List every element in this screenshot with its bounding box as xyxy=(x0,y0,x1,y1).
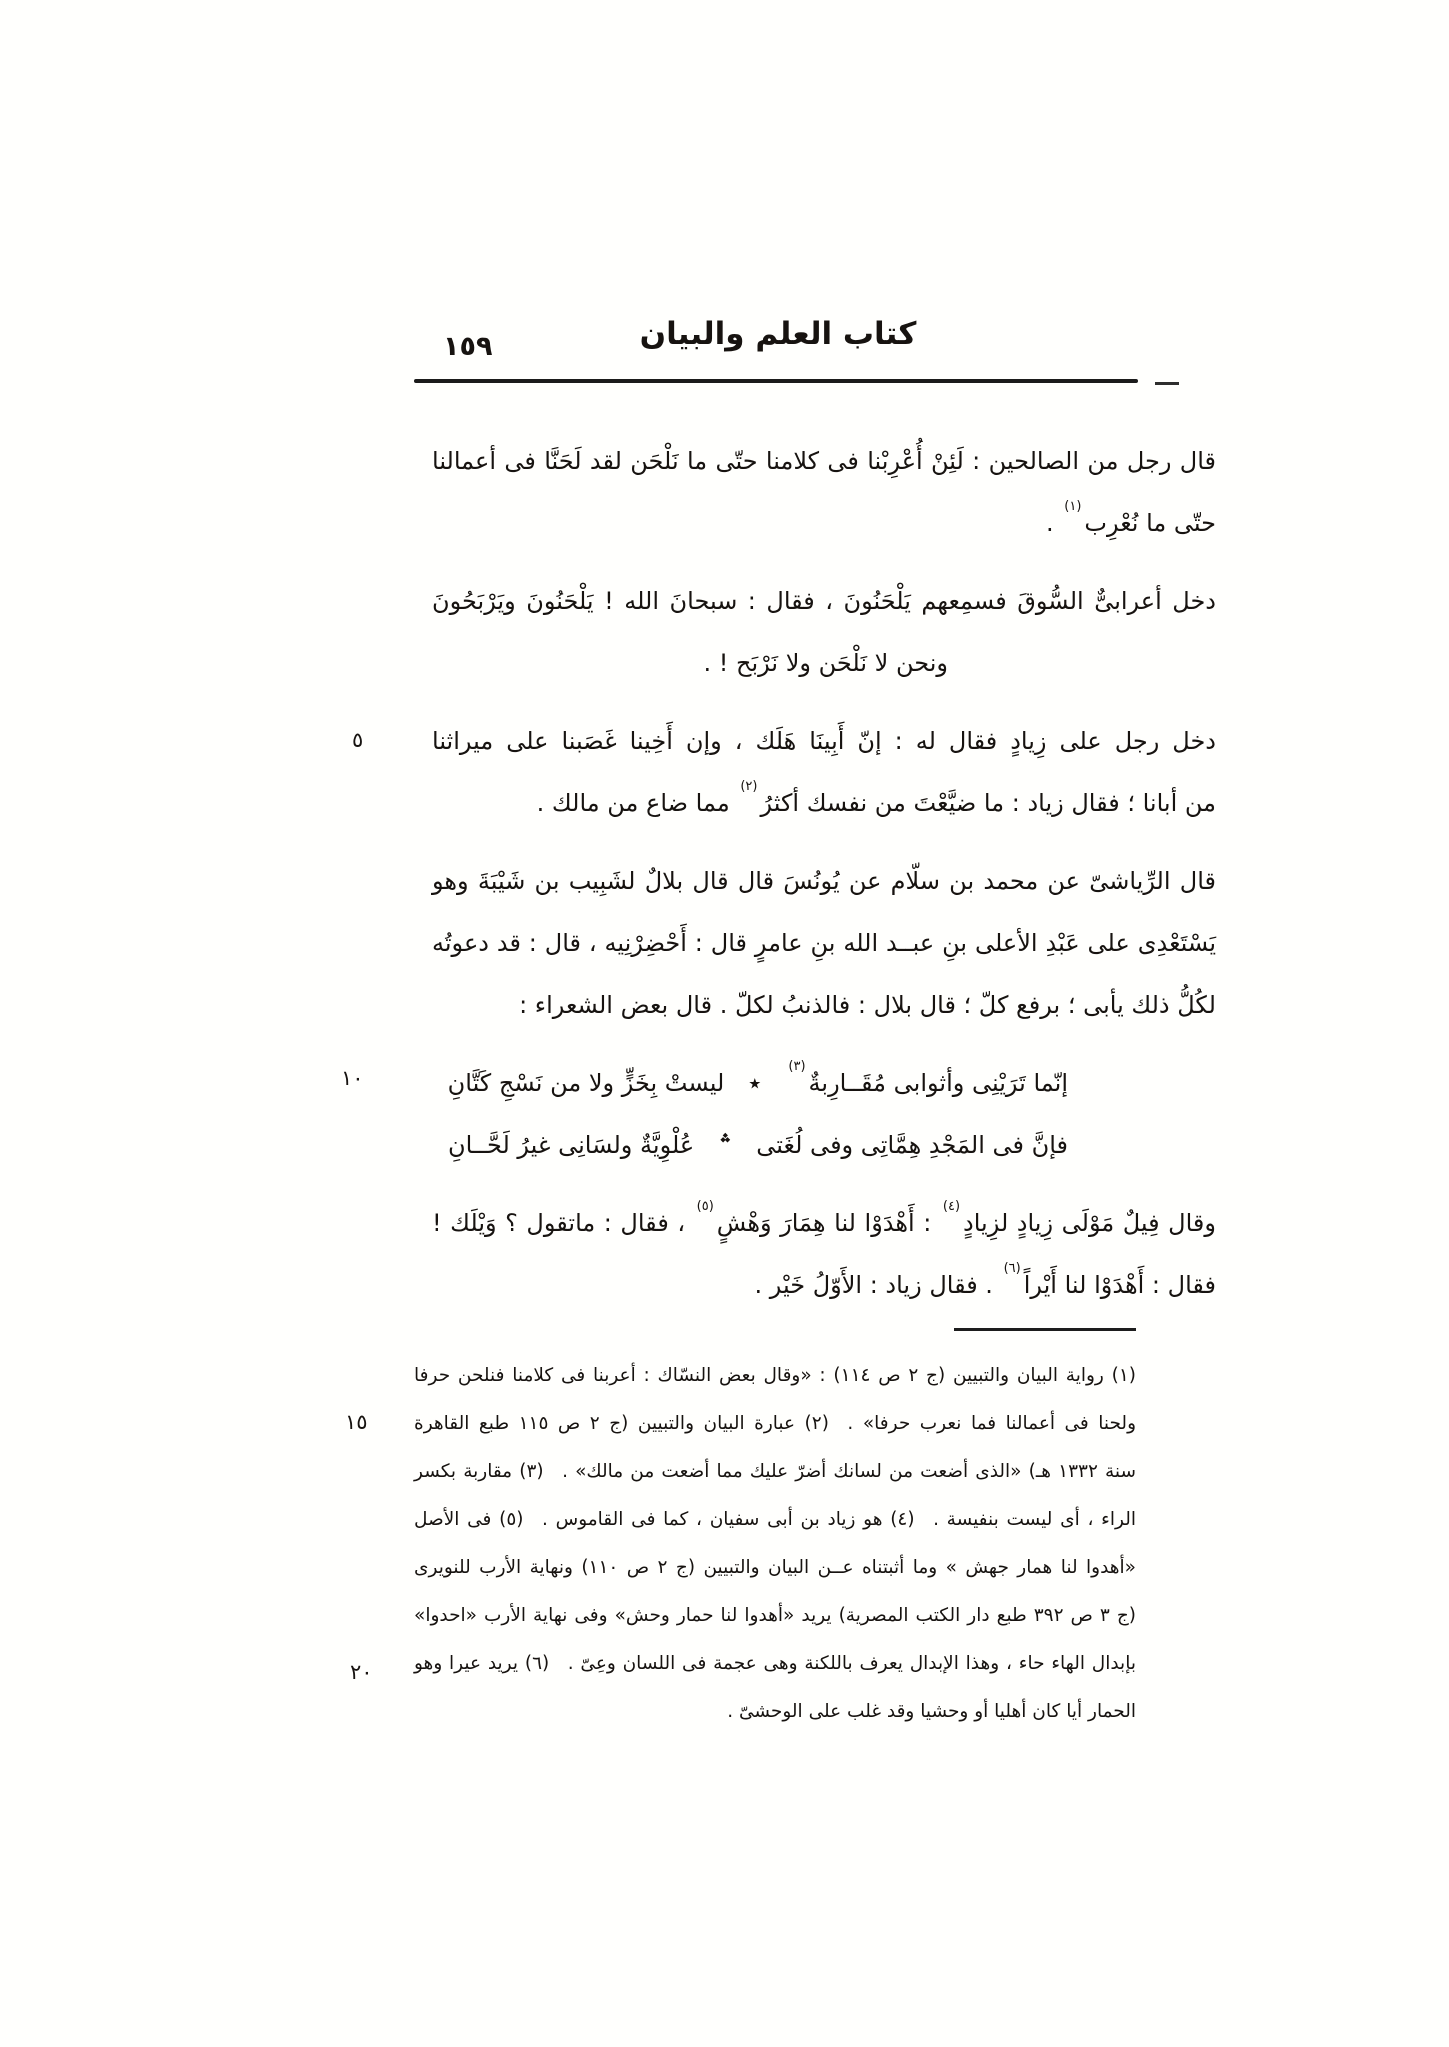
text-line: يَسْتَعْدِى على عَبْدِ الأعلى بنِ عبــد … xyxy=(432,912,1216,974)
footnote-line: (١) رواية البيان والتبيين (ج ٢ ص ١١٤) : … xyxy=(414,1352,1136,1400)
text-line: دخل أعرابىٌّ السُّوقَ فسمِعهم يَلْحَنُون… xyxy=(432,570,1216,632)
text-line: دخل رجل على زِيادٍ فقال له : إنّ أَبِينَ… xyxy=(432,710,1216,772)
verse-line: إنّما تَرَيْنِى وأثوابى مُقَــارِبةٌ(٣) … xyxy=(432,1052,1216,1114)
footnote-marker: (١) xyxy=(1064,499,1081,514)
verse-paragraph: إنّما تَرَيْنِى وأثوابى مُقَــارِبةٌ(٣) … xyxy=(432,1052,1216,1176)
margin-line-number-15: ١٥ xyxy=(345,1410,368,1434)
footnote-line: الراء ، أى ليست بنفيسة . (٤) هو زياد بن … xyxy=(414,1496,1136,1544)
footnotes: (١) رواية البيان والتبيين (ج ٢ ص ١١٤) : … xyxy=(414,1352,1136,1736)
header-rule-dash xyxy=(1155,382,1179,385)
footnote-marker: (٤) xyxy=(943,1199,960,1214)
book-page: كتاب العلم والبيان ١٥٩ ٥ ١٠ ١٥ ٢٠ قال رج… xyxy=(0,0,1449,2047)
text-line: قال الرِّياشىّ عن محمد بن سلّام عن يُونُ… xyxy=(432,850,1216,912)
footnote-separator xyxy=(954,1328,1136,1331)
footnote-marker: (٦) xyxy=(1004,1261,1021,1276)
text-line: ونحن لا نَلْحَن ولا نَرْبَح ! . xyxy=(432,632,1216,694)
footnote-line: بإبدال الهاء حاء ، وهذا الإبدال يعرف بال… xyxy=(414,1640,1136,1688)
paragraph: قال رجل من الصالحين : لَئِنْ أُعْرِبْنا … xyxy=(432,430,1216,554)
page-number: ١٥٩ xyxy=(443,331,492,362)
footnote-marker: (٣) xyxy=(788,1059,805,1074)
paragraph: وقال فِيلٌ مَوْلَى زِيادٍ لزِيادٍ(٤) : أ… xyxy=(432,1192,1216,1316)
text-line: حتّى ما نُعْرِب(١) . xyxy=(432,492,1216,554)
text-line: من أبانا ؛ فقال زياد : ما ضيَّعْتَ من نف… xyxy=(432,772,1216,834)
text-line: فقال : أَهْدَوْا لنا أَيْراً(٦) . فقال ز… xyxy=(432,1254,1216,1316)
footnote-marker: (٢) xyxy=(740,779,757,794)
text-line: قال رجل من الصالحين : لَئِنْ أُعْرِبْنا … xyxy=(432,430,1216,492)
body-text: قال رجل من الصالحين : لَئِنْ أُعْرِبْنا … xyxy=(432,430,1216,1316)
header-rule xyxy=(414,379,1138,383)
footnote-line: الحمار أيا كان أهليا أو وحشيا وقد غلب عل… xyxy=(414,1688,1136,1736)
text-line: لكُلُّ ذلك يأبى ؛ برفع كلّ ؛ قال بلال : … xyxy=(432,974,1216,1036)
footnote-line: (ج ٣ ص ٣٩٢ طبع دار الكتب المصرية) يريد «… xyxy=(414,1592,1136,1640)
text-line: وقال فِيلٌ مَوْلَى زِيادٍ لزِيادٍ(٤) : أ… xyxy=(432,1192,1216,1254)
footnote-marker: (٥) xyxy=(697,1199,714,1214)
margin-line-number-20: ٢٠ xyxy=(350,1660,373,1684)
paragraph: قال الرِّياشىّ عن محمد بن سلّام عن يُونُ… xyxy=(432,850,1216,1036)
margin-line-number-10: ١٠ xyxy=(341,1066,364,1090)
footnote-line: «أهدوا لنا همار جهش » وما أثبتناه عــن ا… xyxy=(414,1544,1136,1592)
footnote-line: سنة ١٣٣٢ هـ) «الذى أضعت من لسانك أضرّ عل… xyxy=(414,1448,1136,1496)
footnote-line: ولحنا فى أعمالنا فما نعرب حرفا» . (٢) عب… xyxy=(414,1400,1136,1448)
paragraph: دخل أعرابىٌّ السُّوقَ فسمِعهم يَلْحَنُون… xyxy=(432,570,1216,694)
verse-line: فإنَّ فى المَجْدِ هِمَّاتِى وفى لُغَتى ؞… xyxy=(432,1114,1216,1176)
paragraph: دخل رجل على زِيادٍ فقال له : إنّ أَبِينَ… xyxy=(432,710,1216,834)
page-title: كتاب العلم والبيان xyxy=(640,316,917,352)
margin-line-number-5: ٥ xyxy=(352,728,363,752)
